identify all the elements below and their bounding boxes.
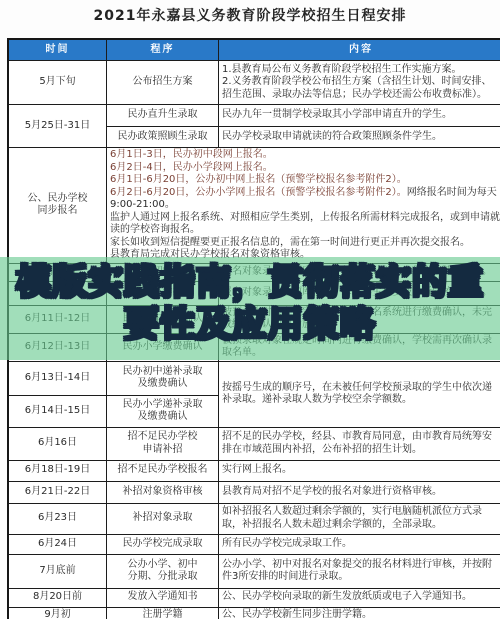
time-cell: 6月21日-22日 [8, 481, 107, 503]
procedure-cell: 民办小学递补录取 及缴费确认 [107, 395, 219, 427]
table-row: 公、民办学校 同步报名 6月1日-3日，民办初中段网上报名。 6月2日-4日，民… [8, 148, 500, 264]
table-row: 5月下旬 公布招生方案 1.县教育局公布义务教育阶段学校招生工作实施方案。 2.… [8, 61, 500, 105]
time-cell: 6月16日 [8, 427, 107, 460]
procedure-cell: 补招对象录取 [107, 503, 219, 534]
content-cell: 公、民办学校新生同步注册学籍。 [219, 607, 500, 619]
procedure-cell: 民办学校完成录取 [107, 534, 219, 554]
content-cell: 实行网上报名。 [219, 460, 500, 481]
procedure-cell: 公布招生方案 [107, 61, 219, 105]
time-cell: 6月23日 [8, 503, 107, 534]
content-cell: 民办学校录取申请就读的符合政策照顾条件学生。 [219, 127, 500, 148]
header-content: 内容 [219, 39, 500, 61]
table-row: 6月16日 招不足民办学校 申请补招 招不足的民办学校，经县、市教育局同意，由市… [8, 427, 500, 460]
watermark-line-2: 要性及应用策略 [0, 304, 500, 346]
time-cell: 5月25日-31日 [8, 105, 107, 148]
content-cell: 公、民办学校向录取的新生发放纸质或电子入学通知书。 [219, 588, 500, 607]
table-row: 6月13日-14日 民办初中递补录取 及缴费确认 按摇号生成的顺序号，在未被任何… [8, 361, 500, 395]
content-cell: 县教育局对招不足学校的报名对象进行资格审核。 [219, 481, 500, 503]
procedure-cell: 民办初中递补录取 及缴费确认 [107, 361, 219, 395]
watermark-line-1: 模版实践指南，贯彻落实的重 [0, 262, 500, 304]
time-cell: 6月24日 [8, 534, 107, 554]
procedure-cell: 注册学籍 [107, 607, 219, 619]
watermark-title: 模版实践指南，贯彻落实的重 要性及应用策略 [0, 262, 500, 346]
table-row: 6月23日 补招对象录取 如补招报名人数超过剩余学额的，实行电脑随机派位方式录取… [8, 503, 500, 534]
procedure-cell: 发放入学通知书 [107, 588, 219, 607]
procedure-cell: 民办直升生录取 [107, 105, 219, 127]
time-cell: 6月18日-19日 [8, 460, 107, 481]
table-row: 6月18日-19日 招不足民办学校报名 实行网上报名。 [8, 460, 500, 481]
time-cell: 8月20日前 [8, 588, 107, 607]
time-cell: 9月初 [8, 607, 107, 619]
procedure-cell: 民办政策照顾生录取 [107, 127, 219, 148]
content-cell: 如补招报名人数超过剩余学额的，实行电脑随机派位方式录取，补招报名人数未超过剩余学… [219, 503, 500, 534]
table-row: 6月24日 民办学校完成录取 所有民办学校完成录取工作。 [8, 534, 500, 554]
header-row: 时间 程序 内容 [8, 39, 500, 61]
time-cell: 6月13日-14日 [8, 361, 107, 395]
table-row: 8月20日前 发放入学通知书 公、民办学校向录取的新生发放纸质或电子入学通知书。 [8, 588, 500, 607]
table-row: 9月初 注册学籍 公、民办学校新生同步注册学籍。 [8, 607, 500, 619]
table-row: 7月底前 公办小学、初中 分期、分批录取 公办小学、初中对报名对象提交的报名材料… [8, 554, 500, 588]
time-cell: 公、民办学校 同步报名 [8, 148, 107, 264]
procedure-cell: 补招对象资格审核 [107, 481, 219, 503]
procedure-cell: 公办小学、初中 分期、分批录取 [107, 554, 219, 588]
content-cell: 6月1日-3日，民办初中段网上报名。 6月2日-4日，民办小学段网上报名。 6月… [107, 148, 500, 264]
page-title: 2021年永嘉县义务教育阶段学校招生日程安排 [0, 5, 500, 25]
procedure-cell: 招不足民办学校报名 [107, 460, 219, 481]
header-procedure: 程序 [107, 39, 219, 61]
content-cell: 招不足的民办学校，经县、市教育局同意，由市教育局统筹安排在市域范围内补招，公布补… [219, 427, 500, 460]
header-time: 时间 [8, 39, 107, 61]
content-dates: 6月1日-3日，民办初中段网上报名。 6月2日-4日，民办小学段网上报名。 6月… [110, 149, 407, 198]
content-cell: 按摇号生成的顺序号，在未被任何学校预录取的学生中依次递补录取。递补录取人数为学校… [219, 361, 500, 427]
content-cell: 公办小学、初中对报名对象提交的报名材料进行审核，并按附件3所安排的时间进行录取。 [219, 554, 500, 588]
content-cell: 所有民办学校完成录取工作。 [219, 534, 500, 554]
time-cell: 7月底前 [8, 554, 107, 588]
time-cell: 5月下旬 [8, 61, 107, 105]
table-row: 6月21日-22日 补招对象资格审核 县教育局对招不足学校的报名对象进行资格审核… [8, 481, 500, 503]
content-cell: 民办九年一贯制学校录取其小学部申请直升的学生。 [219, 105, 500, 127]
content-cell: 1.县教育局公布义务教育阶段学校招生工作实施方案。 2.义务教育阶段学校公布招生… [219, 61, 500, 105]
time-cell: 6月14日-15日 [8, 395, 107, 427]
table-row: 5月25日-31日 民办直升生录取 民办九年一贯制学校录取其小学部申请直升的学生… [8, 105, 500, 127]
procedure-cell: 招不足民办学校 申请补招 [107, 427, 219, 460]
